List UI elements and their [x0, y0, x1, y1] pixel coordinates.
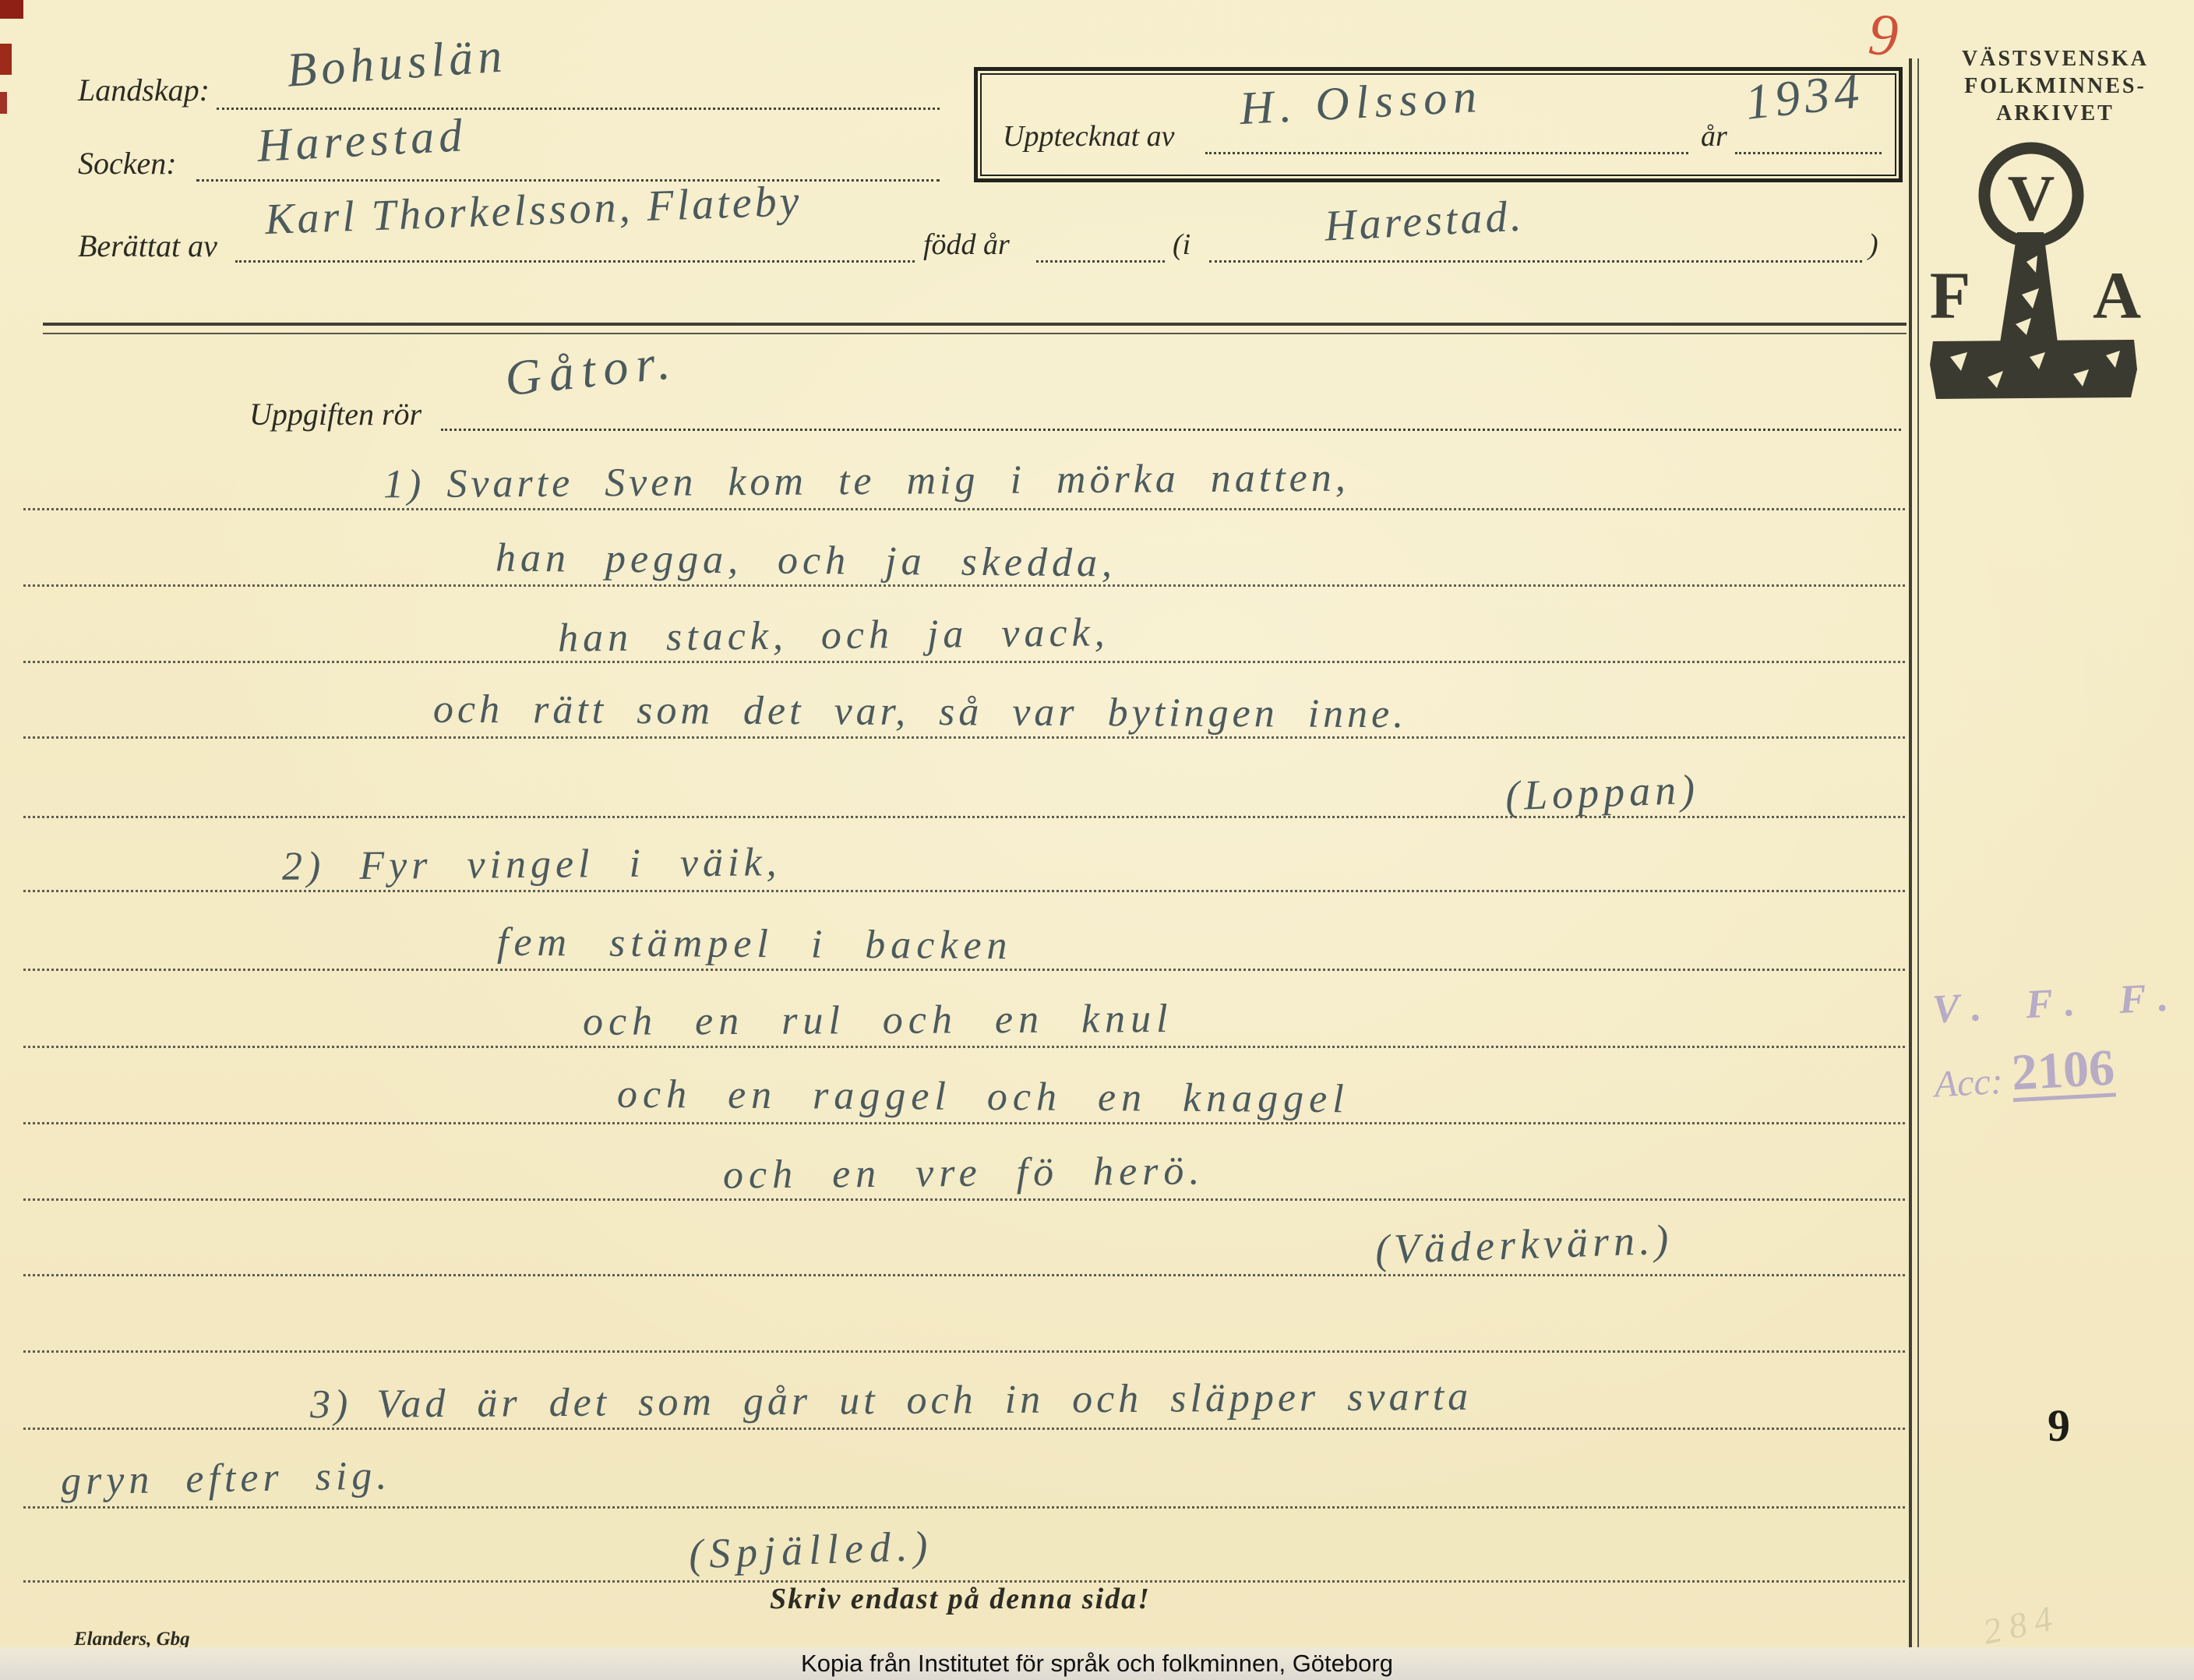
- ruled-line: [23, 969, 1905, 971]
- born-year-line: [1036, 260, 1165, 263]
- subject-value: Gåtor.: [503, 333, 680, 408]
- ruled-line: [23, 1198, 1905, 1201]
- year-label: år: [1701, 119, 1727, 154]
- riddle-line: han pegga, och ja skedda,: [496, 535, 1117, 587]
- riddle-line: 1)Svarte Sven kom te mig i mörka natten,: [383, 455, 1349, 508]
- ruled-line: [23, 508, 1905, 510]
- ruled-line: [23, 816, 1905, 818]
- stamp-vff: V. F. F.: [1929, 973, 2189, 1032]
- scan-artifact: [0, 44, 12, 75]
- born-in-value: Harestad.: [1324, 191, 1526, 251]
- born-in-open: (i: [1173, 228, 1190, 262]
- riddle-line: 3)Vad är det som går ut och in och släpp…: [310, 1374, 1473, 1428]
- riddle-line: och en raggel och en knaggel: [617, 1071, 1349, 1123]
- riddle-number: 3): [310, 1382, 352, 1427]
- riddle-line: och en rul och en knul: [583, 996, 1173, 1045]
- riddle-number: 2): [282, 844, 326, 888]
- archive-name-line2: FOLKMINNES-: [1932, 74, 2178, 99]
- ruled-line: [23, 661, 1905, 663]
- landskap-value: Bohuslän: [285, 28, 508, 99]
- ruled-line: [23, 1122, 1905, 1124]
- riddle-answer: (Loppan): [1504, 765, 1700, 821]
- subject-label: Uppgiften rör: [249, 396, 422, 432]
- stamp-acc-label: Acc:: [1933, 1060, 2004, 1106]
- red-number: 9: [1866, 1, 1900, 70]
- berattat-value: Karl Thorkelsson, Flateby: [264, 176, 802, 245]
- ruled-line: [23, 1274, 1905, 1276]
- riddle-line: och en vre fö herö.: [723, 1148, 1205, 1198]
- born-label: född år: [923, 228, 1010, 262]
- socken-value: Harestad: [256, 108, 467, 173]
- socken-label: Socken:: [78, 145, 177, 182]
- thor-hammer-logo: V F A: [1913, 131, 2162, 435]
- born-in-close: ): [1868, 228, 1878, 262]
- copy-note: Kopia från Institutet för språk och folk…: [801, 1650, 1393, 1678]
- year-line: [1735, 152, 1882, 154]
- berattat-label: Berättat av: [78, 228, 217, 264]
- socken-line: [196, 179, 940, 182]
- write-only-instruction: Skriv endast på denna sida!: [770, 1582, 1151, 1616]
- page-number: 9: [2048, 1399, 2070, 1452]
- riddle-line: och rätt som det var, så var bytingen in…: [433, 686, 1408, 738]
- ruled-line: [23, 1046, 1905, 1048]
- riddle-line: fem stämpel i backen: [497, 919, 1013, 969]
- header-separator: [43, 323, 1907, 334]
- archive-name-line3: ARKIVET: [1932, 101, 2178, 126]
- riddle-answer: (Väderkvärn.): [1374, 1215, 1674, 1273]
- riddle-number: 1): [383, 462, 425, 506]
- landskap-label: Landskap:: [78, 72, 210, 108]
- riddle-line: han stack, och ja vack,: [558, 609, 1109, 661]
- logo-letter-f: F: [1930, 258, 1971, 333]
- ruled-line: [23, 736, 1905, 739]
- ruled-line: [23, 1350, 1905, 1353]
- recorded-by-box: Upptecknat av H. Olsson år 1934: [974, 67, 1903, 182]
- archive-name-line1: VÄSTSVENSKA: [1932, 47, 2178, 72]
- logo-letter-a: A: [2093, 258, 2141, 333]
- ruled-line: [23, 1506, 1905, 1509]
- scan-artifact: [0, 0, 23, 19]
- ruled-line: [23, 890, 1905, 892]
- pencil-note: 284: [1980, 1596, 2064, 1652]
- riddle-line: 2)Fyr vingel i väik,: [282, 839, 781, 890]
- riddle-answer: (Spjälled.): [688, 1522, 934, 1579]
- logo-letter-v: V: [2008, 162, 2055, 235]
- archive-record-card: Landskap: Bohuslän Socken: Harestad Berä…: [0, 0, 2194, 1680]
- copy-note-strip: Kopia från Institutet för språk och folk…: [0, 1647, 2194, 1680]
- stamp-acc-number: 2106: [2010, 1043, 2115, 1102]
- accession-stamp: V. F. F. Acc: 2106: [1929, 973, 2192, 1106]
- berattat-line: [235, 260, 915, 263]
- recorded-by-label: Upptecknat av: [1003, 119, 1175, 154]
- scan-artifact: [0, 92, 7, 114]
- landskap-line: [217, 108, 940, 110]
- riddle-line: gryn efter sig.: [61, 1452, 392, 1504]
- ruled-line: [23, 1428, 1905, 1430]
- year-value: 1934: [1743, 62, 1867, 131]
- recorded-by-line: [1205, 152, 1688, 154]
- born-in-line: [1209, 260, 1862, 263]
- subject-line: [441, 429, 1901, 431]
